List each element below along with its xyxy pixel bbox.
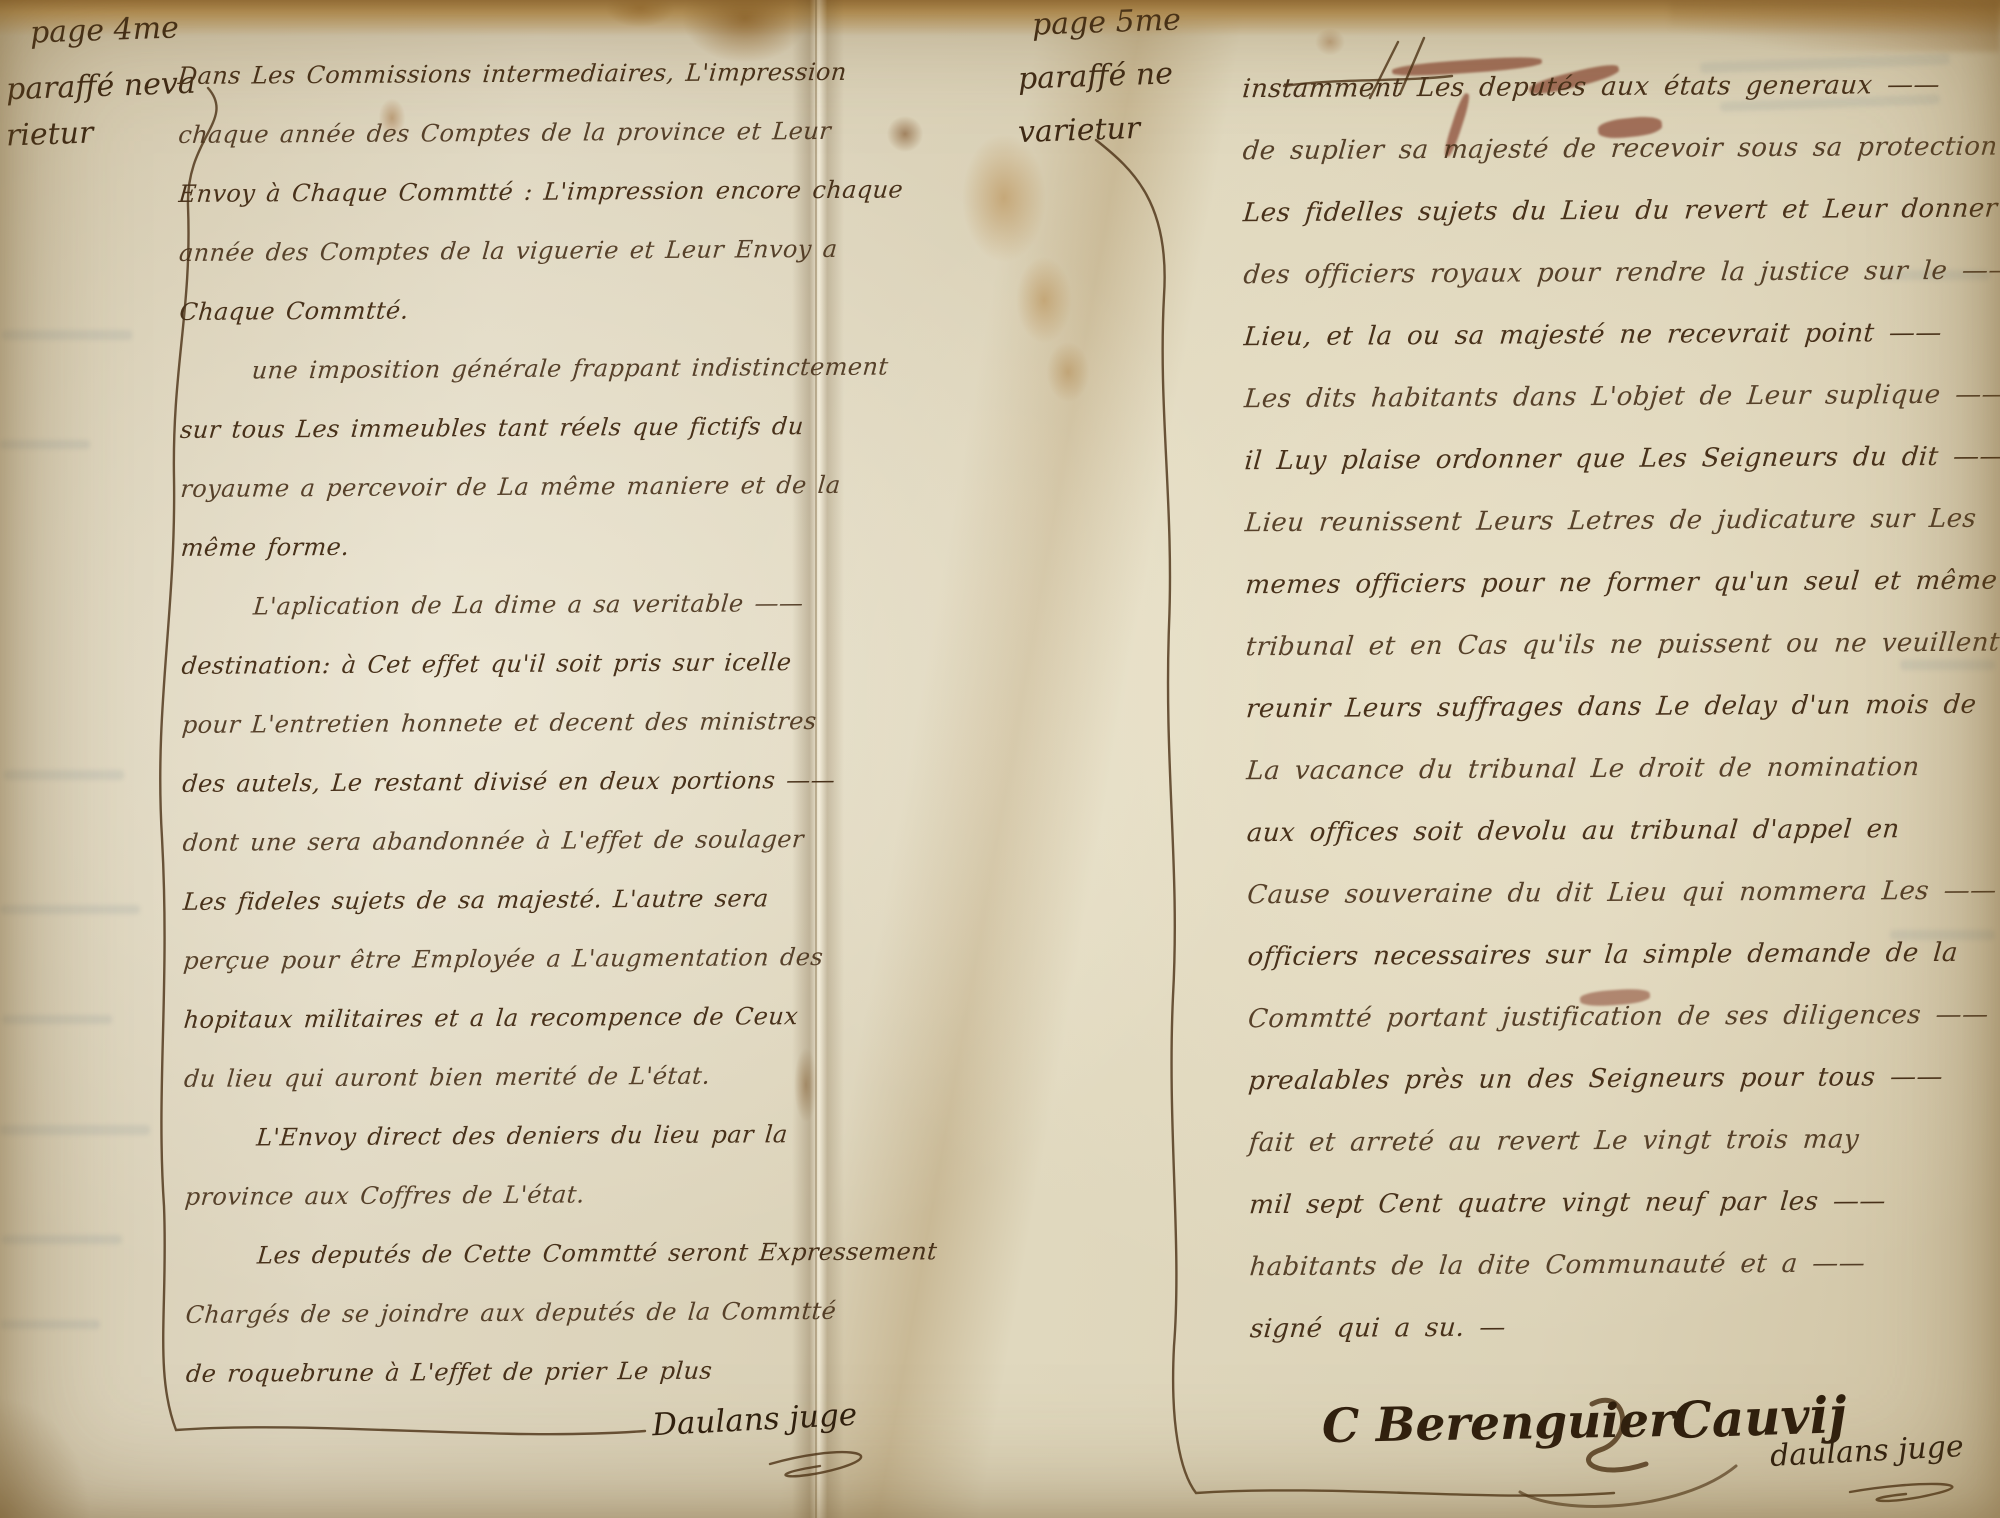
paraph-annotation: paraffé ne [1018, 59, 1174, 94]
manuscript-line: sur tous Les immeubles tant réels que fi… [176, 414, 821, 477]
aged-corner-top-right [1670, 0, 2000, 52]
manuscript-line: du lieu qui auront bien merité de L'état… [180, 1063, 825, 1126]
manuscript-line: Lieu, et la ou sa majesté ne recevrait p… [1240, 320, 1975, 386]
manuscript-line: même forme. [177, 532, 822, 595]
bleedthrough-mark [2, 1015, 112, 1024]
page-number-annotation: page 4me [30, 13, 180, 48]
manuscript-line: une imposition générale frappant indisti… [176, 355, 821, 418]
manuscript-line: fait et arreté au revert Le vingt trois … [1245, 1126, 1980, 1192]
manuscript-line: hopitaux militaires et a la recompence d… [180, 1004, 825, 1067]
manuscript-line: Les fidelles sujets du Lieu du revert et… [1239, 196, 1974, 262]
manuscript-line: perçue pour être Employée a L'augmentati… [180, 945, 825, 1008]
manuscript-line: des officiers royaux pour rendre la just… [1240, 258, 1975, 324]
manuscript-line: Les dits habitants dans L'objet de Leur … [1240, 382, 1975, 448]
signature-flourish-left [770, 1452, 861, 1476]
bleedthrough-mark [4, 770, 124, 780]
left-page-body: Dans Les Commissions intermediaires, L'i… [174, 60, 822, 1421]
bleedthrough-mark [0, 1125, 150, 1135]
manuscript-line: prealables près un des Seigneurs pour to… [1244, 1064, 1979, 1130]
manuscript-line: habitants de la dite Communauté et a —— [1246, 1250, 1981, 1316]
manuscript-line: memes officiers pour ne former qu'un seu… [1241, 568, 1976, 634]
manuscript-line: de suplier sa majesté de recevoir sous s… [1239, 134, 1974, 200]
manuscript-line: signé qui a su. — [1246, 1312, 1981, 1378]
manuscript-scan: page 4me paraffé neva rietur page 5me pa… [0, 0, 2000, 1518]
manuscript-line: Chargés de se joindre aux deputés de la … [182, 1299, 827, 1362]
signature-berenguier: C Berenguier [1322, 1393, 1675, 1454]
manuscript-line: Commtté portant justification de ses dil… [1244, 1002, 1979, 1068]
manuscript-line: Les fideles sujets de sa majesté. L'autr… [179, 886, 824, 949]
bleedthrough-mark [0, 1320, 100, 1329]
cauvij-tail [1520, 1466, 1736, 1506]
bleedthrough-mark [2, 1235, 122, 1244]
bleedthrough-mark [0, 440, 90, 449]
manuscript-line: Dans Les Commissions intermediaires, L'i… [174, 60, 819, 123]
paraph-annotation: paraffé neva [6, 69, 197, 106]
paraph-annotation: rietur [6, 118, 94, 151]
manuscript-line: Envoy à Chaque Commtté : L'impression en… [175, 178, 820, 241]
manuscript-line: province aux Coffres de L'état. [181, 1181, 826, 1244]
manuscript-line: des autels, Le restant divisé en deux po… [179, 768, 824, 831]
manuscript-line: Chaque Commtté. [176, 296, 821, 359]
manuscript-line: L'aplication de La dime a sa veritable —… [177, 591, 822, 654]
bleedthrough-mark [2, 330, 132, 340]
aged-corner-bottom-left [0, 1358, 120, 1518]
manuscript-line: destination: à Cet effet qu'il soit pris… [178, 650, 823, 713]
page-number-annotation: page 5me [1032, 5, 1182, 40]
manuscript-line: mil sept Cent quatre vingt neuf par les … [1245, 1188, 1980, 1254]
bleedthrough-mark [0, 905, 140, 914]
manuscript-line: royaume a percevoir de La même maniere e… [177, 473, 822, 536]
signature-flourish-right [1850, 1484, 1952, 1501]
manuscript-line: Les deputés de Cette Commtté seront Expr… [181, 1240, 826, 1303]
manuscript-line: aux offices soit devolu au tribunal d'ap… [1243, 816, 1978, 882]
manuscript-line: La vacance du tribunal Le droit de nomin… [1243, 754, 1978, 820]
manuscript-line: officiers necessaires sur la simple dema… [1244, 940, 1979, 1006]
right-page-body: instamment Les deputés aux états generau… [1238, 72, 1976, 1378]
manuscript-line: dont une sera abandonnée à L'effet de so… [179, 827, 824, 890]
manuscript-line: chaque année des Comptes de la province … [175, 119, 820, 182]
manuscript-line: il Luy plaise ordonner que Les Seigneurs… [1241, 444, 1976, 510]
manuscript-line: reunir Leurs suffrages dans Le delay d'u… [1242, 692, 1977, 758]
manuscript-line: tribunal et en Cas qu'ils ne puissent ou… [1242, 630, 1977, 696]
manuscript-line: année des Comptes de la viguerie et Leur… [175, 237, 820, 300]
manuscript-line: Lieu reunissent Leurs Letres de judicatu… [1241, 506, 1976, 572]
paraph-annotation: varietur [1018, 114, 1141, 148]
manuscript-line: Cause souveraine du dit Lieu qui nommera… [1243, 878, 1978, 944]
manuscript-line: L'Envoy direct des deniers du lieu par l… [181, 1122, 826, 1185]
manuscript-line: instamment Les deputés aux états generau… [1238, 72, 1973, 138]
manuscript-line: pour L'entretien honnete et decent des m… [178, 709, 823, 772]
